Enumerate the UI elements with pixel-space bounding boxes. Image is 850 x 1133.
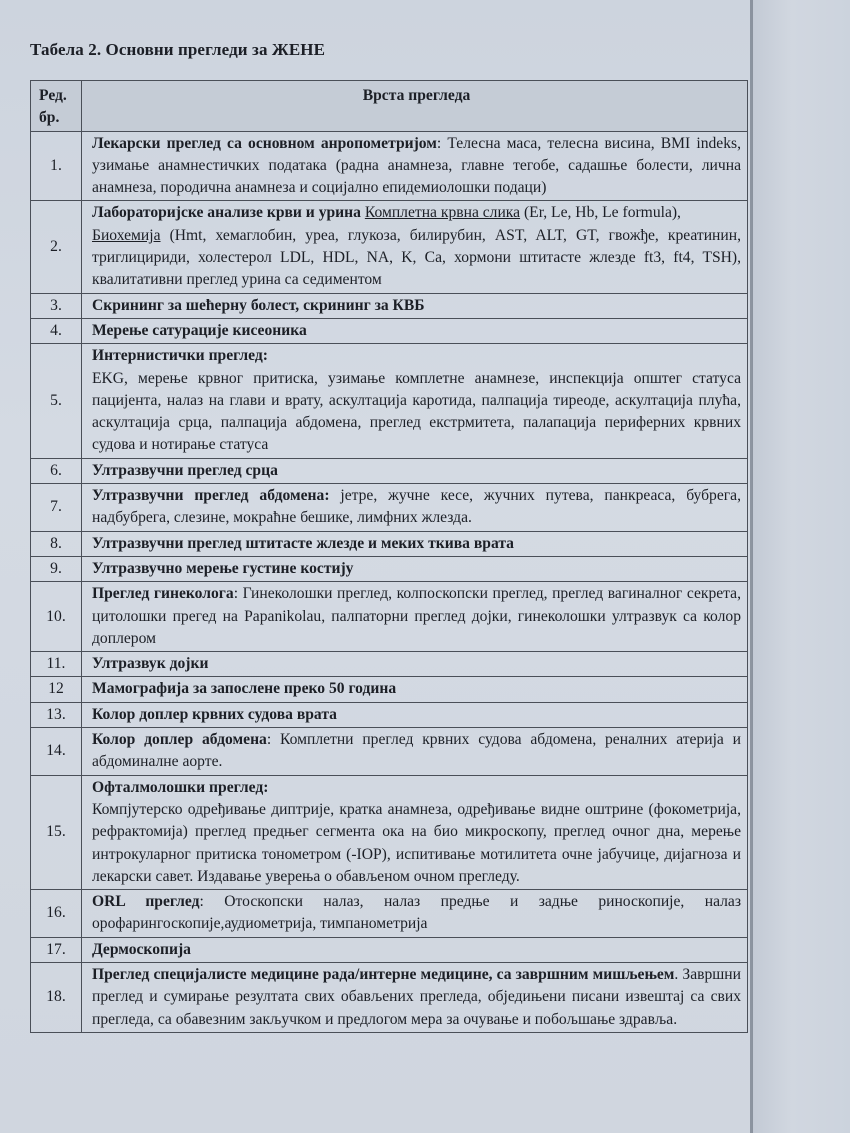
row-number: 3.	[31, 293, 82, 318]
row-description: Мерење сатурације кисеоника	[82, 318, 748, 343]
table-row: 10.Преглед гинеколога: Гинеколошки прегл…	[31, 582, 748, 652]
row-number: 17.	[31, 937, 82, 962]
row-number: 6.	[31, 458, 82, 483]
row-number: 4.	[31, 318, 82, 343]
row-description: Офталмолошки преглед:Компјутерско одређи…	[82, 775, 748, 889]
row-number: 16.	[31, 890, 82, 938]
row-description: Лекарски преглед са основном анропометри…	[82, 131, 748, 201]
exam-details: Компјутерско одређивање диптрије, кратка…	[92, 801, 741, 885]
table-row: 2.Лабораторијске анализе крви и урина Ко…	[31, 201, 748, 293]
table-row: 12Мамографија за запослене преко 50 годи…	[31, 677, 748, 702]
table-row: 14.Колор доплер абдомена: Комплетни прег…	[31, 728, 748, 776]
row-number: 7.	[31, 484, 82, 532]
table-row: 13.Колор доплер крвних судова врата	[31, 702, 748, 727]
exam-name: Ултразвучно мерење густине костију	[92, 560, 353, 577]
exam-name: Ултразвук дојки	[92, 655, 208, 672]
row-number: 15.	[31, 775, 82, 889]
table-row: 9.Ултразвучно мерење густине костију	[31, 556, 748, 581]
exam-details: EKG, мерење крвног притиска, узимање ком…	[92, 370, 741, 454]
table-row: 7.Ултразвучни преглед абдомена: јетре, ж…	[31, 484, 748, 532]
header-number: Ред. бр.	[31, 81, 82, 132]
row-description: Преглед гинеколога: Гинеколошки преглед,…	[82, 582, 748, 652]
table-row: 18.Преглед специјалисте медицине рада/ин…	[31, 962, 748, 1032]
exam-name: Ултразвучни преглед срца	[92, 462, 278, 479]
table-title: Табела 2. Основни прегледи за ЖЕНЕ	[30, 40, 325, 60]
row-number: 14.	[31, 728, 82, 776]
exam-name: Интернистички преглед:	[92, 347, 268, 364]
table-row: 16.ORL преглед: Отоскопски налаз, налаз …	[31, 890, 748, 938]
row-number: 13.	[31, 702, 82, 727]
row-description: Колор доплер абдомена: Комплетни преглед…	[82, 728, 748, 776]
exam-name: Колор доплер крвних судова врата	[92, 706, 337, 723]
table-row: 1.Лекарски преглед са основном анропомет…	[31, 131, 748, 201]
exam-details: (Er, Le, Hb, Le formula),	[520, 204, 681, 221]
row-number: 10.	[31, 582, 82, 652]
table-row: 4.Мерење сатурације кисеоника	[31, 318, 748, 343]
row-description: Ултразвучно мерење густине костију	[82, 556, 748, 581]
exam-subsection: Биохемија	[92, 227, 161, 244]
row-description: Интернистички преглед:EKG, мерење крвног…	[82, 344, 748, 458]
exam-name: Мерење сатурације кисеоника	[92, 322, 307, 339]
exam-name: ORL преглед	[92, 893, 200, 910]
header-exam-type: Врста прегледа	[82, 81, 748, 132]
exam-name: Ултразвучни преглед штитасте жлезде и ме…	[92, 535, 514, 552]
row-number: 18.	[31, 962, 82, 1032]
table-row: 3.Скрининг за шећерну болест, скрининг з…	[31, 293, 748, 318]
exam-name: Ултразвучни преглед абдомена:	[92, 487, 330, 504]
table-row: 6.Ултразвучни преглед срца	[31, 458, 748, 483]
exam-name: Скрининг за шећерну болест, скрининг за …	[92, 297, 425, 314]
row-number: 2.	[31, 201, 82, 293]
row-description: ORL преглед: Отоскопски налаз, налаз пре…	[82, 890, 748, 938]
row-number: 11.	[31, 652, 82, 677]
row-description: Мамографија за запослене преко 50 година	[82, 677, 748, 702]
exam-subsection: Комплетна крвна слика	[365, 204, 520, 221]
exam-name: Лекарски преглед са основном анропометри…	[92, 135, 437, 152]
row-number: 9.	[31, 556, 82, 581]
row-description: Лабораторијске анализе крви и урина Комп…	[82, 201, 748, 293]
table-header-row: Ред. бр. Врста прегледа	[31, 81, 748, 132]
table-row: 8.Ултразвучни преглед штитасте жлезде и …	[31, 531, 748, 556]
exam-name: Колор доплер абдомена	[92, 731, 267, 748]
row-description: Скрининг за шећерну болест, скрининг за …	[82, 293, 748, 318]
table-row: 5.Интернистички преглед:EKG, мерење крвн…	[31, 344, 748, 458]
row-description: Ултразвучни преглед абдомена: јетре, жуч…	[82, 484, 748, 532]
row-description: Ултразвучни преглед штитасте жлезде и ме…	[82, 531, 748, 556]
exam-name: Офталмолошки преглед:	[92, 779, 268, 796]
row-number: 8.	[31, 531, 82, 556]
row-number: 1.	[31, 131, 82, 201]
table-row: 17.Дермоскопија	[31, 937, 748, 962]
row-description: Ултразвук дојки	[82, 652, 748, 677]
table-row: 15.Офталмолошки преглед:Компјутерско одр…	[31, 775, 748, 889]
adjacent-page	[753, 0, 850, 1133]
row-number: 12	[31, 677, 82, 702]
row-description: Ултразвучни преглед срца	[82, 458, 748, 483]
row-description: Дермоскопија	[82, 937, 748, 962]
row-description: Преглед специјалисте медицине рада/интер…	[82, 962, 748, 1032]
exam-name: Преглед специјалисте медицине рада/интер…	[92, 966, 674, 983]
row-number: 5.	[31, 344, 82, 458]
exam-name: Лабораторијске анализе крви и урина	[92, 204, 361, 221]
exams-table: Ред. бр. Врста прегледа 1.Лекарски прегл…	[30, 80, 748, 1033]
exam-name: Мамографија за запослене преко 50 година	[92, 680, 396, 697]
exam-details: (Hmt, хемаглобин, уреа, глукоза, билируб…	[92, 227, 741, 289]
exam-name: Дермоскопија	[92, 941, 191, 958]
exam-name: Преглед гинеколога	[92, 585, 234, 602]
table-row: 11.Ултразвук дојки	[31, 652, 748, 677]
row-description: Колор доплер крвних судова врата	[82, 702, 748, 727]
